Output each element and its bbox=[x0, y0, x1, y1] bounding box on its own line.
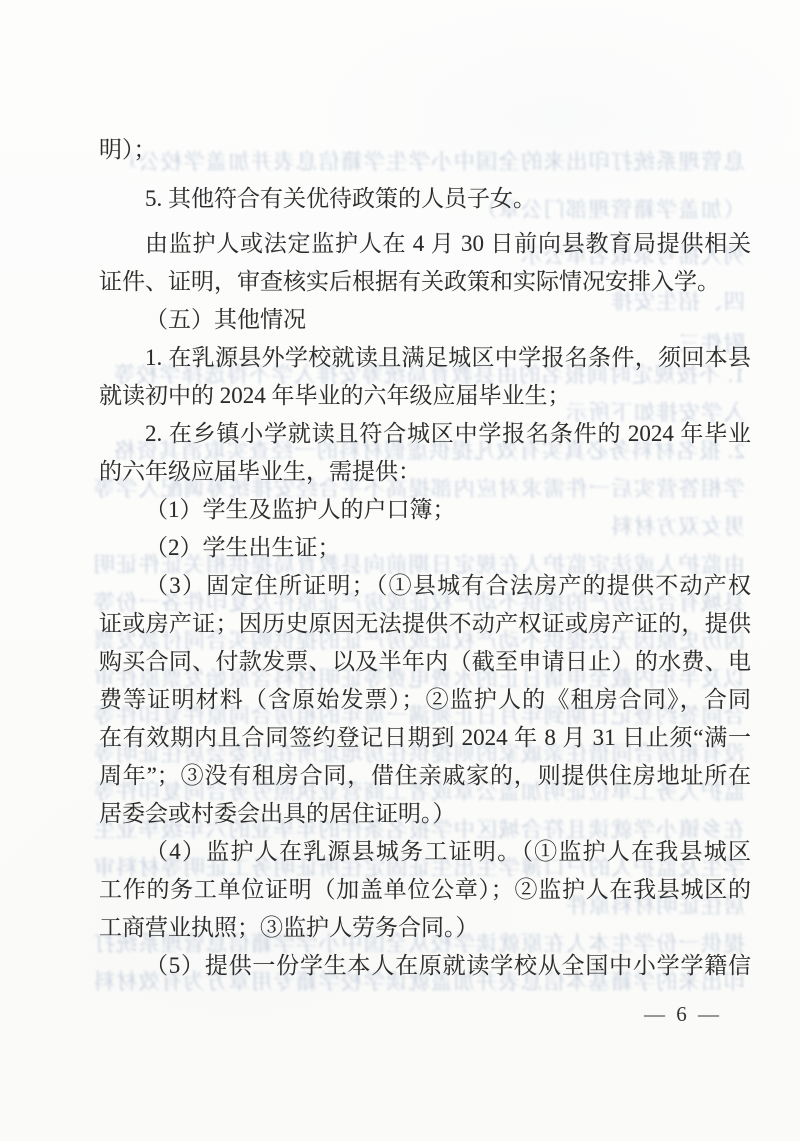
text-line: （1）学生及监护人的户口簿； bbox=[99, 491, 751, 529]
text-line: 居委会或村委会出具的居住证明。） bbox=[99, 795, 751, 833]
text-line: 5. 其他符合有关优待政策的人员子女。 bbox=[99, 180, 751, 218]
text-line: 就读初中的 2024 年毕业的六年级应届毕业生； bbox=[99, 377, 751, 415]
text-line: 证件、证明，审查核实后根据有关政策和实际情况安排入学。 bbox=[99, 263, 751, 301]
text-line: 周年”；③没有租房合同，借住亲戚家的，则提供住房地址所在 bbox=[99, 757, 751, 795]
document-page: 息管理系统打印出来的全国中小学生学籍信息表并加盖学校公章审 （加盖学籍管理部门公… bbox=[0, 0, 800, 1141]
text-line: 购买合同、付款发票、以及半年内（截至申请日止）的水费、电 bbox=[99, 643, 751, 681]
text-line: （3）固定住所证明；（①县城有合法房产的提供不动产权 bbox=[99, 567, 751, 605]
text-line: （2）学生出生证； bbox=[99, 529, 751, 567]
text-line: （5）提供一份学生本人在原就读学校从全国中小学学籍信 bbox=[99, 947, 751, 985]
text-line: 工作的务工单位证明（加盖单位公章）；②监护人在我县城区的 bbox=[99, 871, 751, 909]
page-number: — 6 — bbox=[644, 1002, 722, 1027]
text-line: 1. 在乳源县外学校就读且满足城区中学报名条件，须回本县 bbox=[99, 339, 751, 377]
text-line: 明）； bbox=[99, 131, 751, 169]
text-line: （五）其他情况 bbox=[99, 301, 751, 339]
text-line: 的六年级应届毕业生，需提供： bbox=[99, 453, 751, 491]
text-line: 费等证明材料（含原始发票）；②监护人的《租房合同》，合同 bbox=[99, 681, 751, 719]
text-line: 由监护人或法定监护人在 4 月 30 日前向县教育局提供相关 bbox=[99, 225, 751, 263]
text-line: （4）监护人在乳源县城务工证明。（①监护人在我县城区 bbox=[99, 833, 751, 871]
text-line: 证或房产证；因历史原因无法提供不动产权证或房产证的，提供 bbox=[99, 605, 751, 643]
text-line: 在有效期内且合同签约登记日期到 2024 年 8 月 31 日止须“满一 bbox=[99, 719, 751, 757]
text-line: 工商营业执照；③监护人劳务合同。） bbox=[99, 909, 751, 947]
text-line: 2. 在乡镇小学就读且符合城区中学报名条件的 2024 年毕业 bbox=[99, 415, 751, 453]
document-body: 明）； 5. 其他符合有关优待政策的人员子女。 由监护人或法定监护人在 4 月 … bbox=[99, 131, 751, 985]
